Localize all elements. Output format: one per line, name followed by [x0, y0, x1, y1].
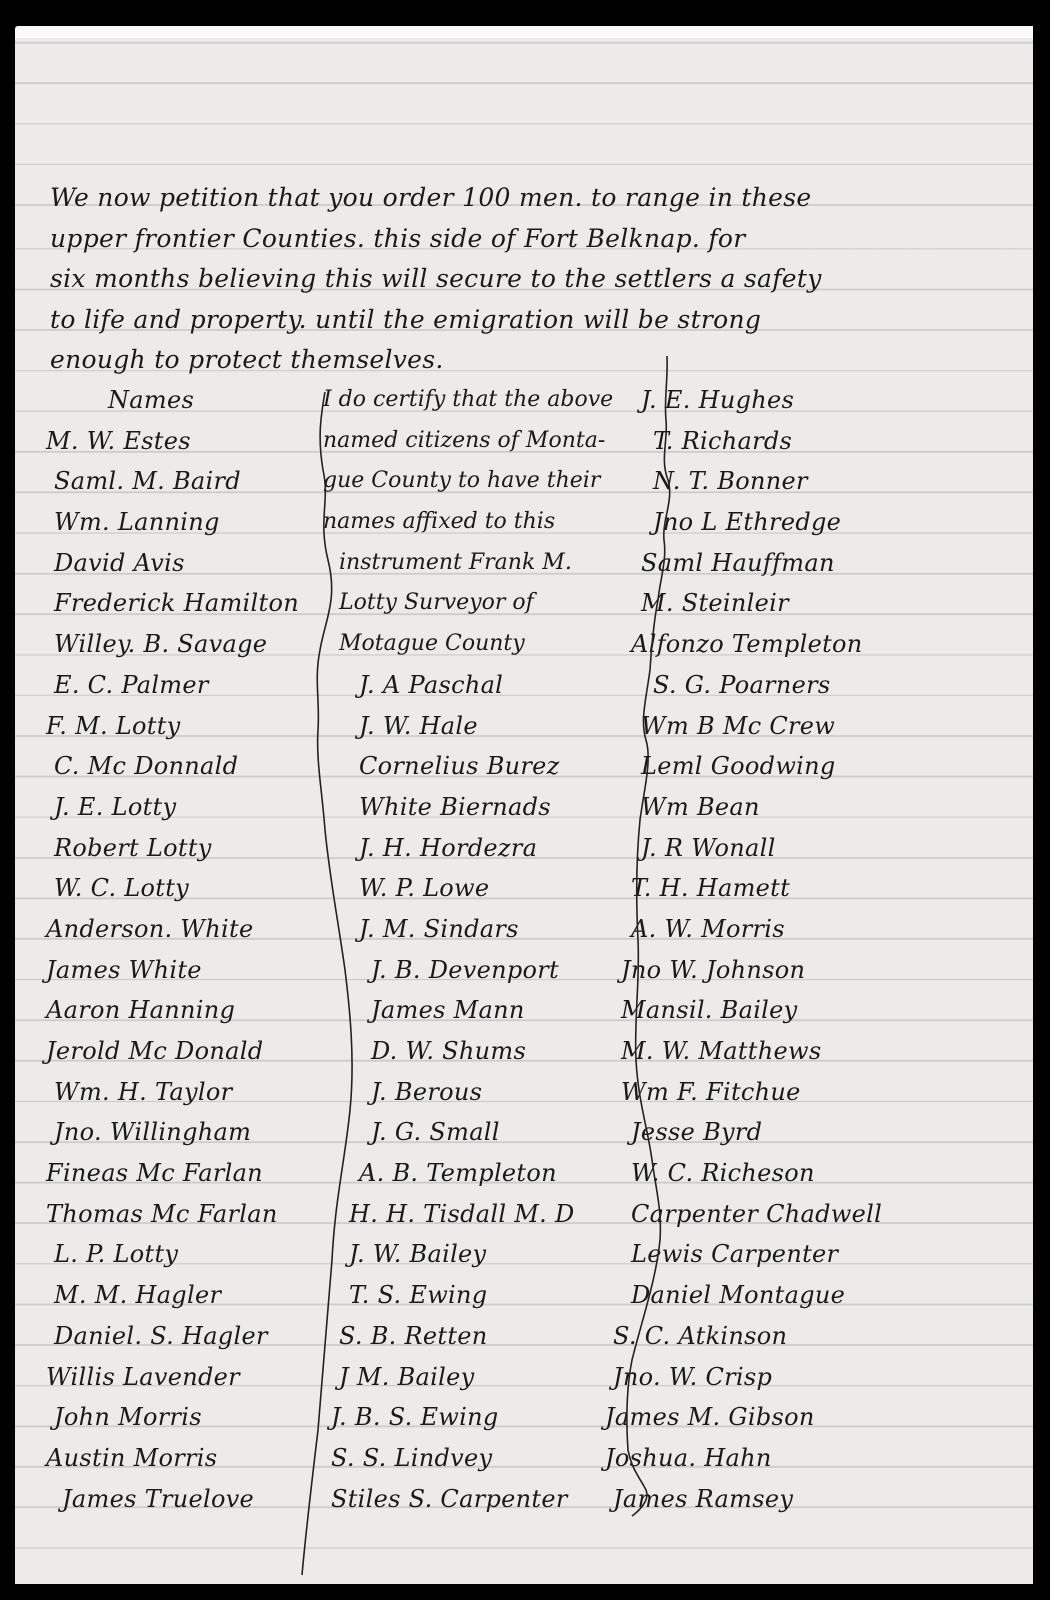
signature-entry: T. Richards	[605, 421, 985, 462]
signature-entry: M. Steinleir	[605, 583, 985, 624]
signature-entry: J. M. Sindars	[323, 909, 633, 950]
signature-entry: W. P. Lowe	[323, 868, 633, 909]
signature-entry: Fineas Mc Farlan	[46, 1153, 316, 1194]
signature-entry: Frederick Hamilton	[46, 583, 316, 624]
signature-entry: T. H. Hamett	[605, 868, 985, 909]
signature-entry: W. C. Lotty	[46, 868, 316, 909]
signature-entry: J. Berous	[323, 1072, 633, 1113]
signature-entry: Wm F. Fitchue	[605, 1072, 985, 1113]
signature-entry: S. C. Atkinson	[605, 1316, 985, 1357]
signature-entry: Wm. H. Taylor	[46, 1072, 316, 1113]
signature-entry: Jno. W. Crisp	[605, 1357, 985, 1398]
signature-entry: M. W. Matthews	[605, 1031, 985, 1072]
names-column: Names M. W. Estes Saml. M. Baird Wm. Lan…	[46, 380, 316, 1519]
right-signatures-column: J. E. Hughes T. Richards N. T. Bonner Jn…	[605, 380, 985, 1519]
signature-entry: E. C. Palmer	[46, 665, 316, 706]
signature-entry: M. W. Estes	[46, 421, 316, 462]
signature-entry: Daniel. S. Hagler	[46, 1316, 316, 1357]
signature-entry: Wm. Lanning	[46, 502, 316, 543]
certification-line: gue County to have their	[323, 461, 633, 502]
signature-entry: J. B. Devenport	[323, 950, 633, 991]
petition-line: to life and property. until the emigrati…	[50, 300, 990, 341]
signature-entry: J. E. Hughes	[605, 380, 985, 421]
signature-entry: H. H. Tisdall M. D	[323, 1194, 633, 1235]
signature-entry: M. M. Hagler	[46, 1275, 316, 1316]
certification-line: I do certify that the above	[323, 380, 633, 421]
signature-entry: Aaron Hanning	[46, 990, 316, 1031]
signature-entry: Wm B Mc Crew	[605, 706, 985, 747]
signature-entry: J M. Bailey	[323, 1357, 633, 1398]
signature-entry: James M. Gibson	[605, 1397, 985, 1438]
certification-line: named citizens of Monta-	[323, 421, 633, 462]
signature-entry: James White	[46, 950, 316, 991]
signature-entry: W. C. Richeson	[605, 1153, 985, 1194]
signature-entry: Saml. M. Baird	[46, 461, 316, 502]
petition-line: six months believing this will secure to…	[50, 259, 990, 300]
signature-entry: Wm Bean	[605, 787, 985, 828]
signature-entry: Saml Hauffman	[605, 543, 985, 584]
petition-text: We now petition that you order 100 men. …	[50, 178, 990, 381]
signature-entry: Daniel Montague	[605, 1275, 985, 1316]
signature-entry: White Biernads	[323, 787, 633, 828]
signature-entry: Leml Goodwing	[605, 746, 985, 787]
petition-line: enough to protect themselves.	[50, 340, 990, 381]
petition-line: We now petition that you order 100 men. …	[50, 178, 990, 219]
signature-entry: Willey. B. Savage	[46, 624, 316, 665]
signature-entry: John Morris	[46, 1397, 316, 1438]
signature-entry: A. W. Morris	[605, 909, 985, 950]
petition-line: upper frontier Counties. this side of Fo…	[50, 219, 990, 260]
signature-entry: F. M. Lotty	[46, 706, 316, 747]
certification-line: Motague County	[323, 624, 633, 665]
certification-line: names affixed to this	[323, 502, 633, 543]
signature-entry: David Avis	[46, 543, 316, 584]
certification-line: instrument Frank M.	[323, 543, 633, 584]
signature-entry: N. T. Bonner	[605, 461, 985, 502]
signature-entry: Lewis Carpenter	[605, 1234, 985, 1275]
signature-entry: L. P. Lotty	[46, 1234, 316, 1275]
signature-entry: James Truelove	[46, 1479, 316, 1520]
names-header: Names	[46, 380, 316, 421]
signature-entry: Robert Lotty	[46, 828, 316, 869]
signature-entry: S. S. Lindvey	[323, 1438, 633, 1479]
signature-entry: A. B. Templeton	[323, 1153, 633, 1194]
signature-entry: D. W. Shums	[323, 1031, 633, 1072]
signature-entry: Anderson. White	[46, 909, 316, 950]
signature-entry: James Mann	[323, 990, 633, 1031]
signature-entry: J. W. Bailey	[323, 1234, 633, 1275]
signature-entry: J. G. Small	[323, 1112, 633, 1153]
signature-entry: James Ramsey	[605, 1479, 985, 1520]
signature-entry: Alfonzo Templeton	[605, 624, 985, 665]
signature-entry: S. B. Retten	[323, 1316, 633, 1357]
signature-entry: Jesse Byrd	[605, 1112, 985, 1153]
signature-entry: Willis Lavender	[46, 1357, 316, 1398]
signature-entry: T. S. Ewing	[323, 1275, 633, 1316]
signature-entry: Jno W. Johnson	[605, 950, 985, 991]
signature-entry: C. Mc Donnald	[46, 746, 316, 787]
signature-entry: Mansil. Bailey	[605, 990, 985, 1031]
signature-entry: J. B. S. Ewing	[323, 1397, 633, 1438]
signature-entry: S. G. Poarners	[605, 665, 985, 706]
signature-entry: J. H. Hordezra	[323, 828, 633, 869]
signature-entry: J. R Wonall	[605, 828, 985, 869]
certification-column: I do certify that the above named citize…	[323, 380, 633, 1519]
signature-entry: Thomas Mc Farlan	[46, 1194, 316, 1235]
signature-entry: Cornelius Burez	[323, 746, 633, 787]
signature-entry: Stiles S. Carpenter	[323, 1479, 633, 1520]
signature-entry: Austin Morris	[46, 1438, 316, 1479]
signature-entry: Jerold Mc Donald	[46, 1031, 316, 1072]
signature-entry: J. W. Hale	[323, 706, 633, 747]
signature-entry: J. A Paschal	[323, 665, 633, 706]
signature-entry: Jno. Willingham	[46, 1112, 316, 1153]
signature-entry: J. E. Lotty	[46, 787, 316, 828]
signature-entry: Jno L Ethredge	[605, 502, 985, 543]
certification-line: Lotty Surveyor of	[323, 583, 633, 624]
signature-entry: Carpenter Chadwell	[605, 1194, 985, 1235]
signature-entry: Joshua. Hahn	[605, 1438, 985, 1479]
